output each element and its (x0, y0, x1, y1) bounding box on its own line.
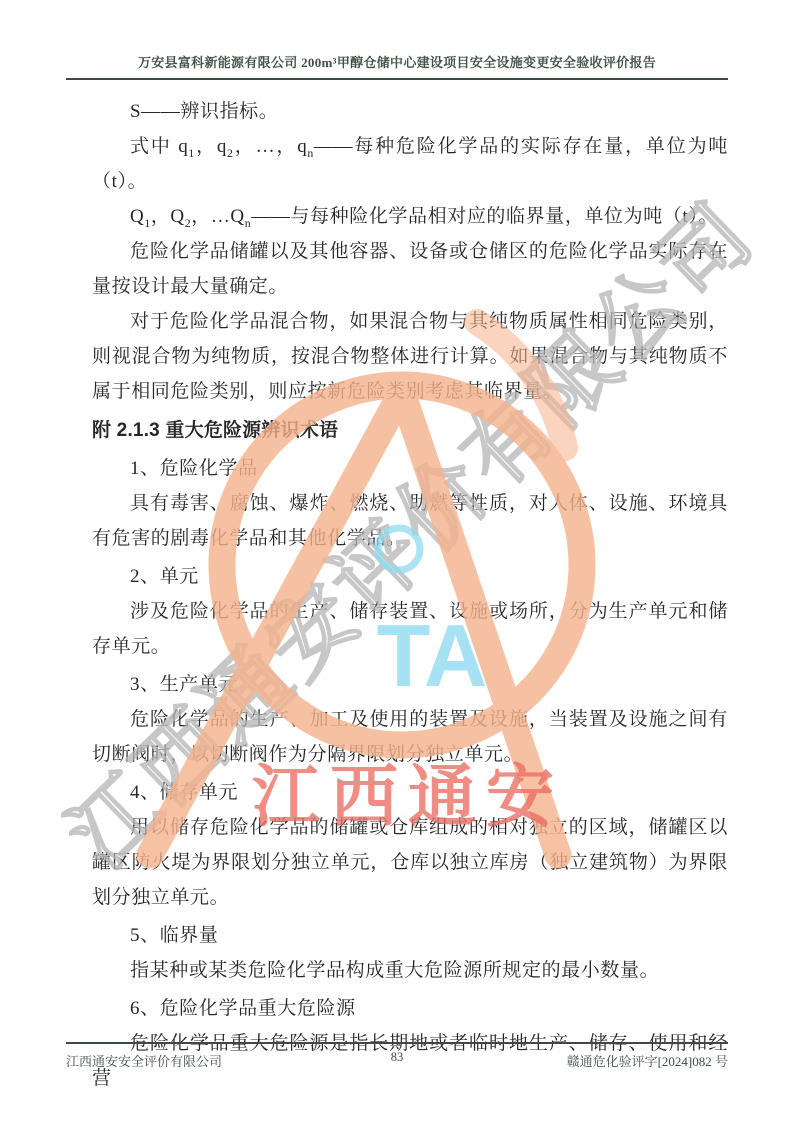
footer-page-number: 83 (391, 1050, 404, 1065)
paragraph-item: 3、生产单元 (92, 667, 728, 702)
paragraph-item: 1、危险化学品 (92, 451, 728, 486)
paragraph-body: 对于危险化学品混合物，如果混合物与其纯物质属性相同危险类别，则视混合物为纯物质，… (92, 304, 728, 409)
paragraph-body: 具有毒害、腐蚀、爆炸、燃烧、助燃等性质，对人体、设施、环境具有危害的剧毒化学品和… (92, 486, 728, 556)
header-title: 万安县富科新能源有限公司 200m³甲醇仓储中心建设项目安全设施变更安全验收评价… (66, 52, 728, 71)
paragraph-item: 6、危险化学品重大危险源 (92, 991, 728, 1026)
paragraph-body: 危险化学品储罐以及其他容器、设备或仓储区的危险化学品实际存在量按设计最大量确定。 (92, 234, 728, 304)
paragraph-body: 式中 q1，q2，…，qn——每种危险化学品的实际存在量，单位为吨（t）。 (92, 129, 728, 199)
header-rule (66, 78, 728, 80)
page-footer: 江西通安安全评价有限公司 83 赣通危化验评字[2024]082 号 (66, 1042, 728, 1051)
paragraph-item: 5、临界量 (92, 918, 728, 953)
paragraph-body: 危险化学品的生产、加工及使用的装置及设施，当装置及设施之间有切断阀时，以切断阀作… (92, 702, 728, 772)
document-body: S——辨识指标。式中 q1，q2，…，qn——每种危险化学品的实际存在量，单位为… (92, 94, 728, 1096)
paragraph-item: 4、储存单元 (92, 775, 728, 810)
paragraph-heading: 附 2.1.3 重大危险源辨识术语 (92, 413, 728, 448)
paragraph-body: S——辨识指标。 (92, 94, 728, 129)
document-page: 万安县富科新能源有限公司 200m³甲醇仓储中心建设项目安全设施变更安全验收评价… (0, 0, 794, 1123)
footer-company: 江西通安安全评价有限公司 (66, 1051, 222, 1070)
paragraph-body: 指某种或某类危险化学品构成重大危险源所规定的最小数量。 (92, 953, 728, 988)
footer-doc-number: 赣通危化验评字[2024]082 号 (567, 1051, 728, 1070)
paragraph-body: 涉及危险化学品的生产、储存装置、设施或场所，分为生产单元和储存单元。 (92, 594, 728, 664)
paragraph-body: Q1，Q2，…Qn——与每种险化学品相对应的临界量，单位为吨（t）。 (92, 199, 728, 234)
paragraph-item: 2、单元 (92, 559, 728, 594)
paragraph-body: 用以储存危险化学品的储罐或仓库组成的相对独立的区域，储罐区以罐区防火堤为界限划分… (92, 810, 728, 915)
